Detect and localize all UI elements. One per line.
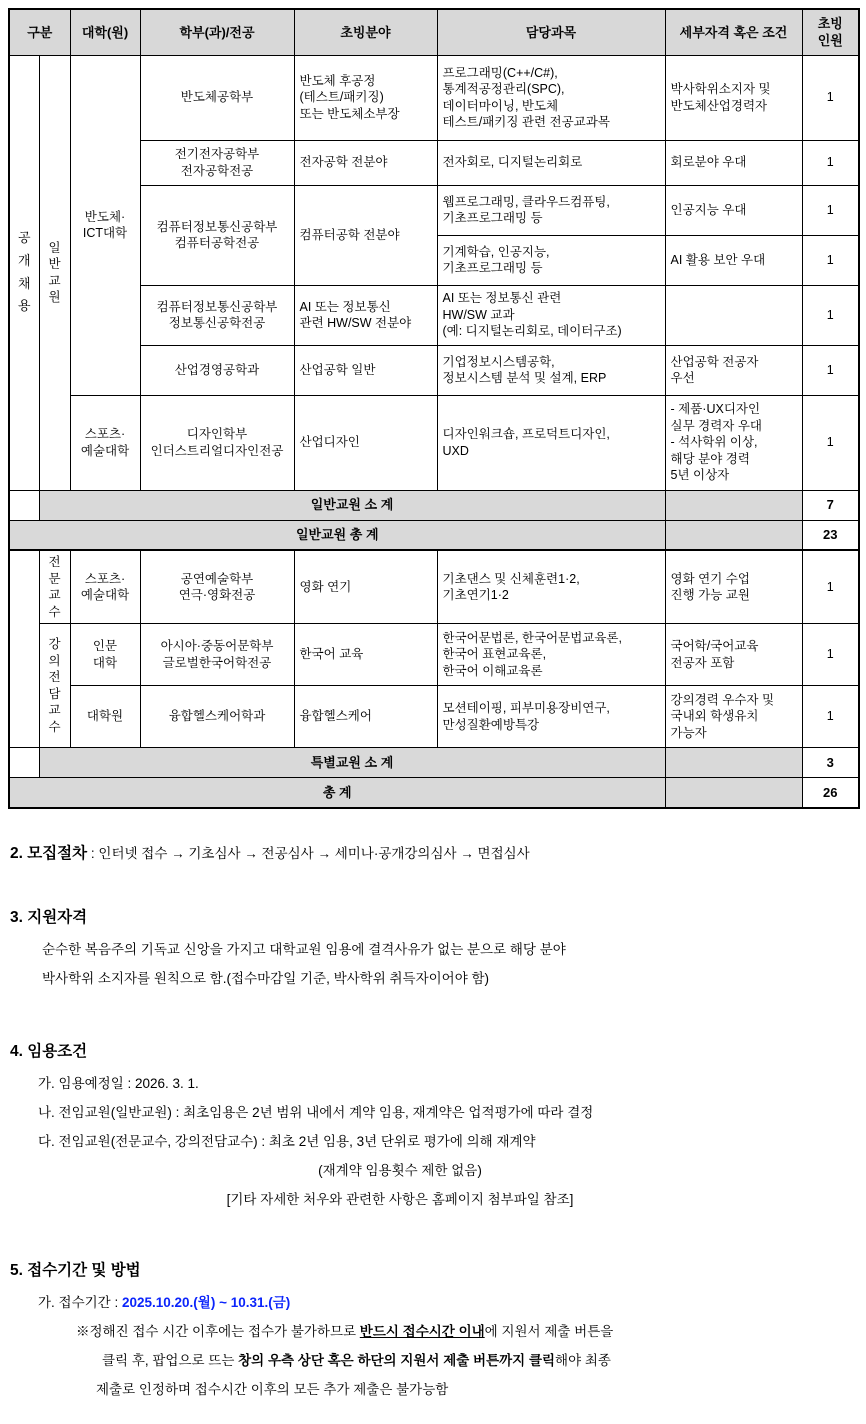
process-steps: 인터넷 접수 → 기초심사 → 전공심사 → 세미나·공개강의심사 → 면접심사: [98, 846, 529, 861]
total-all-row: 총 계 26: [9, 778, 859, 808]
cell-univ: 대학원: [70, 686, 140, 748]
header-field: 초빙분야: [294, 9, 437, 55]
note-text: 해야 최종: [555, 1353, 611, 1368]
cell-qualification: 산업공학 전공자 우선: [665, 345, 802, 395]
cell-univ: 인문 대학: [70, 624, 140, 686]
cell-univ: 스포츠· 예술대학: [70, 395, 140, 490]
eligibility-line: 박사학위 소지자를 원칙으로 함.(접수마감일 기준, 박사학위 취득자이어야 …: [10, 964, 858, 993]
cell-school: 산업경영공학과: [140, 345, 294, 395]
cell-count: 1: [802, 185, 859, 235]
cell-count: 1: [802, 624, 859, 686]
cell-subjects: 디자인워크숍, 프로덕트디자인, UXD: [437, 395, 665, 490]
total-all-label: 총 계: [9, 778, 665, 808]
cell-univ: 반도체· ICT대학: [70, 55, 140, 395]
cell-subjects: AI 또는 정보통신 관련 HW/SW 교과 (예: 디지털논리회로, 데이터구…: [437, 285, 665, 345]
cell-qualification: AI 활용 보안 우대: [665, 235, 802, 285]
cell-field: 반도체 후공정 (테스트/패키징) 또는 반도체소부장: [294, 55, 437, 140]
cell-univ: 스포츠· 예술대학: [70, 550, 140, 624]
cell-count: 1: [802, 345, 859, 395]
subtotal-general-row: 일반교원 소 계 7: [9, 490, 859, 520]
cell-qualification: - 제품·UX디자인 실무 경력자 우대 - 석사학위 이상, 해당 분야 경력…: [665, 395, 802, 490]
cell-count: 1: [802, 285, 859, 345]
cell-school: 반도체공학부: [140, 55, 294, 140]
header-univ: 대학(원): [70, 9, 140, 55]
group-special-professor: 전문 교수: [39, 550, 70, 624]
section-eligibility: 3. 지원자격 순수한 복음주의 기독교 신앙을 가지고 대학교원 임용에 결격…: [10, 905, 858, 993]
table-row: 전문 교수 스포츠· 예술대학 공연예술학부 연극·영화전공 영화 연기 기초댄…: [9, 550, 859, 624]
group-lecture-professor: 강의 전담 교수: [39, 624, 70, 748]
cell-subjects: 전자회로, 디지털논리회로: [437, 140, 665, 185]
cell-field: 융합헬스케어: [294, 686, 437, 748]
cell-count: 1: [802, 550, 859, 624]
header-gubun: 구분: [9, 9, 70, 55]
cell-field: AI 또는 정보통신 관련 HW/SW 전분야: [294, 285, 437, 345]
section-title: 4. 임용조건: [10, 1039, 858, 1061]
total-all-count: 26: [802, 778, 859, 808]
term-item: 가. 임용예정일 : 2026. 3. 1.: [10, 1069, 858, 1098]
cell-count: 1: [802, 686, 859, 748]
note-emphasis: 창의 우측 상단 혹은 하단의 지원서 제출 버튼까지 클릭: [238, 1353, 555, 1368]
recruitment-table: 구분 대학(원) 학부(과)/전공 초빙분야 담당과목 세부자격 혹은 조건 초…: [8, 8, 860, 809]
term-item: 나. 전임교원(일반교원) : 최초임용은 2년 범위 내에서 계약 임용, 재…: [10, 1098, 858, 1127]
cell-subjects: 기업정보시스템공학, 정보시스템 분석 및 설계, ERP: [437, 345, 665, 395]
header-dept: 학부(과)/전공: [140, 9, 294, 55]
cell-count: 1: [802, 55, 859, 140]
separator: :: [87, 846, 98, 861]
cell-school: 컴퓨터정보통신공학부 컴퓨터공학전공: [140, 185, 294, 285]
table-row: 강의 전담 교수 인문 대학 아시아·중동어문학부 글로벌한국어학전공 한국어 …: [9, 624, 859, 686]
note-text: 에 지원서 제출 버튼을: [485, 1324, 614, 1339]
subtotal-special-label: 특별교원 소 계: [39, 748, 665, 778]
table-row: 스포츠· 예술대학 디자인학부 인더스트리얼디자인전공 산업디자인 디자인워크숍…: [9, 395, 859, 490]
cell-field: 컴퓨터공학 전분야: [294, 185, 437, 285]
cell-field: 한국어 교육: [294, 624, 437, 686]
empty-cell: [9, 550, 39, 748]
cell-school: 디자인학부 인더스트리얼디자인전공: [140, 395, 294, 490]
empty-cell: [665, 520, 802, 550]
term-item: 다. 전임교원(전문교수, 강의전담교수) : 최초 2년 임용, 3년 단위로…: [10, 1127, 858, 1156]
cell-subjects: 한국어문법론, 한국어문법교육론, 한국어 표현교육론, 한국어 이해교육론: [437, 624, 665, 686]
cell-count: 1: [802, 235, 859, 285]
header-count: 초빙 인원: [802, 9, 859, 55]
cell-school: 컴퓨터정보통신공학부 정보통신공학전공: [140, 285, 294, 345]
section-application-period: 5. 접수기간 및 방법 가. 접수기간 : 2025.10.20.(월) ~ …: [10, 1258, 858, 1404]
cell-school: 융합헬스케어학과: [140, 686, 294, 748]
section-title: 3. 지원자격: [10, 905, 858, 927]
cell-subjects: 모션테이핑, 피부미용장비연구, 만성질환예방특강: [437, 686, 665, 748]
application-period-line: 가. 접수기간 : 2025.10.20.(월) ~ 10.31.(금): [10, 1288, 858, 1317]
empty-cell: [9, 748, 39, 778]
cell-qualification: 박사학위소지자 및 반도체산업경력자: [665, 55, 802, 140]
empty-cell: [665, 748, 802, 778]
empty-cell: [9, 490, 39, 520]
cell-qualification: 인공지능 우대: [665, 185, 802, 235]
period-label: 가. 접수기간 :: [38, 1295, 122, 1310]
table-header-row: 구분 대학(원) 학부(과)/전공 초빙분야 담당과목 세부자격 혹은 조건 초…: [9, 9, 859, 55]
header-subjects: 담당과목: [437, 9, 665, 55]
submission-note-line: ※정해진 접수 시간 이후에는 접수가 불가하므로 반드시 접수시간 이내에 지…: [10, 1317, 858, 1346]
empty-cell: [665, 778, 802, 808]
total-general-count: 23: [802, 520, 859, 550]
cell-school: 전기전자공학부 전자공학전공: [140, 140, 294, 185]
cell-qualification: [665, 285, 802, 345]
subtotal-general-label: 일반교원 소 계: [39, 490, 665, 520]
note-emphasis: 반드시 접수시간 이내: [360, 1324, 485, 1339]
cell-count: 1: [802, 395, 859, 490]
eligibility-line: 순수한 복음주의 기독교 신앙을 가지고 대학교원 임용에 결격사유가 없는 분…: [10, 935, 858, 964]
note-text: ※정해진 접수 시간 이후에는 접수가 불가하므로: [76, 1324, 360, 1339]
section-employment-terms: 4. 임용조건 가. 임용예정일 : 2026. 3. 1. 나. 전임교원(일…: [10, 1039, 858, 1214]
total-general-row: 일반교원 총 계 23: [9, 520, 859, 550]
section-recruitment-process: 2. 모집절차 : 인터넷 접수 → 기초심사 → 전공심사 → 세미나·공개강…: [10, 841, 858, 863]
total-general-label: 일반교원 총 계: [9, 520, 665, 550]
subtotal-special-row: 특별교원 소 계 3: [9, 748, 859, 778]
header-qualification: 세부자격 혹은 조건: [665, 9, 802, 55]
empty-cell: [665, 490, 802, 520]
group-public-recruitment: 공 개 채 용: [9, 55, 39, 490]
cell-school: 아시아·중동어문학부 글로벌한국어학전공: [140, 624, 294, 686]
cell-qualification: 강의경력 우수자 및 국내외 학생유치 가능자: [665, 686, 802, 748]
table-row: 공 개 채 용 일반 교원 반도체· ICT대학 반도체공학부 반도체 후공정 …: [9, 55, 859, 140]
cell-field: 산업디자인: [294, 395, 437, 490]
term-item-continued: (재계약 임용횟수 제한 없음): [10, 1156, 790, 1185]
cell-field: 전자공학 전분야: [294, 140, 437, 185]
submission-note-line: 클릭 후, 팝업으로 뜨는 창의 우측 상단 혹은 하단의 지원서 제출 버튼까…: [10, 1346, 858, 1375]
cell-field: 영화 연기: [294, 550, 437, 624]
group-general-faculty: 일반 교원: [39, 55, 70, 490]
submission-note-line: 제출로 인정하며 접수시간 이후의 모든 추가 제출은 불가능함: [10, 1375, 858, 1404]
table-row: 대학원 융합헬스케어학과 융합헬스케어 모션테이핑, 피부미용장비연구, 만성질…: [9, 686, 859, 748]
section-title: 5. 접수기간 및 방법: [10, 1258, 858, 1280]
cell-subjects: 웹프로그래밍, 클라우드컴퓨팅, 기초프로그래밍 등: [437, 185, 665, 235]
homepage-note: [기타 자세한 처우와 관련한 사항은 홈페이지 첨부파일 참조]: [10, 1185, 790, 1214]
cell-subjects: 기초댄스 및 신체훈련1·2, 기초연기1·2: [437, 550, 665, 624]
cell-qualification: 영화 연기 수업 진행 가능 교원: [665, 550, 802, 624]
cell-qualification: 회로분야 우대: [665, 140, 802, 185]
subtotal-special-count: 3: [802, 748, 859, 778]
cell-field: 산업공학 일반: [294, 345, 437, 395]
cell-qualification: 국어학/국어교육 전공자 포함: [665, 624, 802, 686]
section-title: 2. 모집절차: [10, 845, 87, 862]
cell-subjects: 기계학습, 인공지능, 기초프로그래밍 등: [437, 235, 665, 285]
subtotal-general-count: 7: [802, 490, 859, 520]
note-text: 클릭 후, 팝업으로 뜨는: [102, 1353, 238, 1368]
cell-count: 1: [802, 140, 859, 185]
period-dates: 2025.10.20.(월) ~ 10.31.(금): [122, 1295, 290, 1310]
cell-subjects: 프로그래밍(C++/C#), 통계적공정관리(SPC), 데이터마이닝, 반도체…: [437, 55, 665, 140]
cell-school: 공연예술학부 연극·영화전공: [140, 550, 294, 624]
